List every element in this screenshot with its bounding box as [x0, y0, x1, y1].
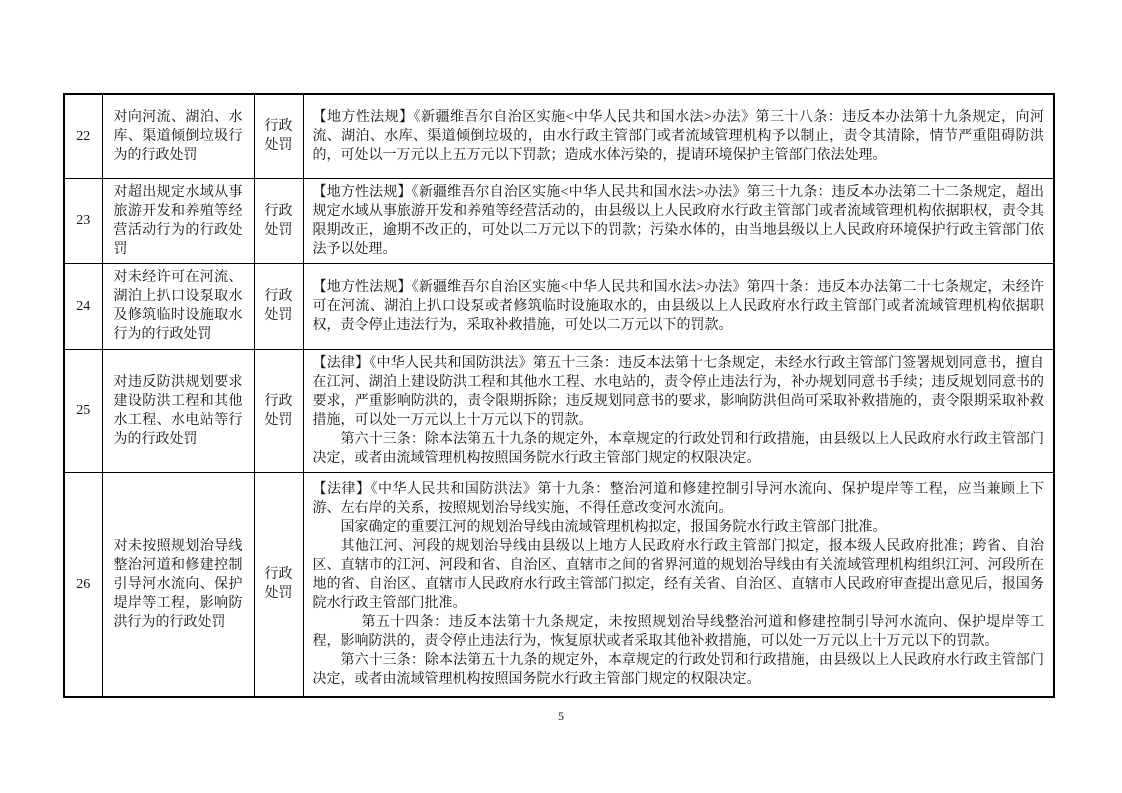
row-number-cell: 24: [64, 263, 102, 349]
penalty-item-cell: 对超出规定水域从事旅游开发和养殖等经营活动行为的行政处罚: [102, 178, 254, 263]
table-row: 25 对违反防洪规划要求建设防洪工程和其他水工程、水电站等行为的行政处罚 行政处…: [64, 349, 1054, 472]
legal-basis-cell: 【地方性法规】《新疆维吾尔自治区实施<中华人民共和国水法>办法》第三十八条：违反…: [303, 94, 1054, 178]
legal-basis-paragraph: 【法律】《中华人民共和国防洪法》第五十三条：违反本法第十七条规定，未经水行政主管…: [313, 354, 1045, 430]
penalty-item-cell: 对向河流、湖泊、水库、渠道倾倒垃圾行为的行政处罚: [102, 94, 254, 178]
row-number-cell: 22: [64, 94, 102, 178]
legal-basis-paragraph: 【法律】《中华人民共和国防洪法》第十九条：整治河道和修建控制引导河水流向、保护堤…: [313, 480, 1045, 518]
legal-basis-paragraph: 【地方性法规】《新疆维吾尔自治区实施<中华人民共和国水法>办法》第四十条：违反本…: [313, 278, 1045, 335]
penalty-type-cell: 行政处罚: [254, 263, 303, 349]
legal-basis-cell: 【法律】《中华人民共和国防洪法》第十九条：整治河道和修建控制引导河水流向、保护堤…: [303, 472, 1054, 697]
penalty-item-cell: 对未按照规划治导线整治河道和修建控制引导河水流向、保护堤岸等工程，影响防洪行为的…: [102, 472, 254, 697]
legal-basis-paragraph: 其他江河、河段的规划治导线由县级以上地方人民政府水行政主管部门拟定，报本级人民政…: [313, 537, 1045, 613]
penalty-type-cell: 行政处罚: [254, 472, 303, 697]
legal-basis-cell: 【地方性法规】《新疆维吾尔自治区实施<中华人民共和国水法>办法》第四十条：违反本…: [303, 263, 1054, 349]
legal-basis-paragraph: 第六十三条：除本法第五十九条的规定外，本章规定的行政处罚和行政措施，由县级以上人…: [313, 651, 1045, 689]
legal-basis-paragraph: 国家确定的重要江河的规划治导线由流域管理机构拟定，报国务院水行政主管部门批准。: [313, 518, 1045, 537]
legal-basis-paragraph: 【地方性法规】《新疆维吾尔自治区实施<中华人民共和国水法>办法》第三十九条：违反…: [313, 183, 1045, 259]
penalty-type-cell: 行政处罚: [254, 94, 303, 178]
penalty-table: 22 对向河流、湖泊、水库、渠道倾倒垃圾行为的行政处罚 行政处罚 【地方性法规】…: [63, 93, 1055, 698]
penalty-type-cell: 行政处罚: [254, 349, 303, 472]
table-row: 24 对未经许可在河流、湖泊上扒口设泵取水及修筑临时设施取水行为的行政处罚 行政…: [64, 263, 1054, 349]
legal-basis-cell: 【法律】《中华人民共和国防洪法》第五十三条：违反本法第十七条规定，未经水行政主管…: [303, 349, 1054, 472]
legal-basis-paragraph: 第五十四条：违反本法第十九条规定，未按照规划治导线整治河道和修建控制引导河水流向…: [313, 613, 1045, 651]
table-row: 23 对超出规定水域从事旅游开发和养殖等经营活动行为的行政处罚 行政处罚 【地方…: [64, 178, 1054, 263]
document-page: 22 对向河流、湖泊、水库、渠道倾倒垃圾行为的行政处罚 行政处罚 【地方性法规】…: [0, 0, 1122, 793]
table-row: 22 对向河流、湖泊、水库、渠道倾倒垃圾行为的行政处罚 行政处罚 【地方性法规】…: [64, 94, 1054, 178]
legal-basis-cell: 【地方性法规】《新疆维吾尔自治区实施<中华人民共和国水法>办法》第三十九条：违反…: [303, 178, 1054, 263]
penalty-item-cell: 对未经许可在河流、湖泊上扒口设泵取水及修筑临时设施取水行为的行政处罚: [102, 263, 254, 349]
penalty-item-cell: 对违反防洪规划要求建设防洪工程和其他水工程、水电站等行为的行政处罚: [102, 349, 254, 472]
legal-basis-paragraph: 【地方性法规】《新疆维吾尔自治区实施<中华人民共和国水法>办法》第三十八条：违反…: [313, 108, 1045, 165]
row-number-cell: 25: [64, 349, 102, 472]
table-row: 26 对未按照规划治导线整治河道和修建控制引导河水流向、保护堤岸等工程，影响防洪…: [64, 472, 1054, 697]
page-number: 5: [0, 709, 1122, 724]
row-number-cell: 26: [64, 472, 102, 697]
legal-basis-paragraph: 第六十三条：除本法第五十九条的规定外，本章规定的行政处罚和行政措施，由县级以上人…: [313, 430, 1045, 468]
row-number-cell: 23: [64, 178, 102, 263]
penalty-type-cell: 行政处罚: [254, 178, 303, 263]
